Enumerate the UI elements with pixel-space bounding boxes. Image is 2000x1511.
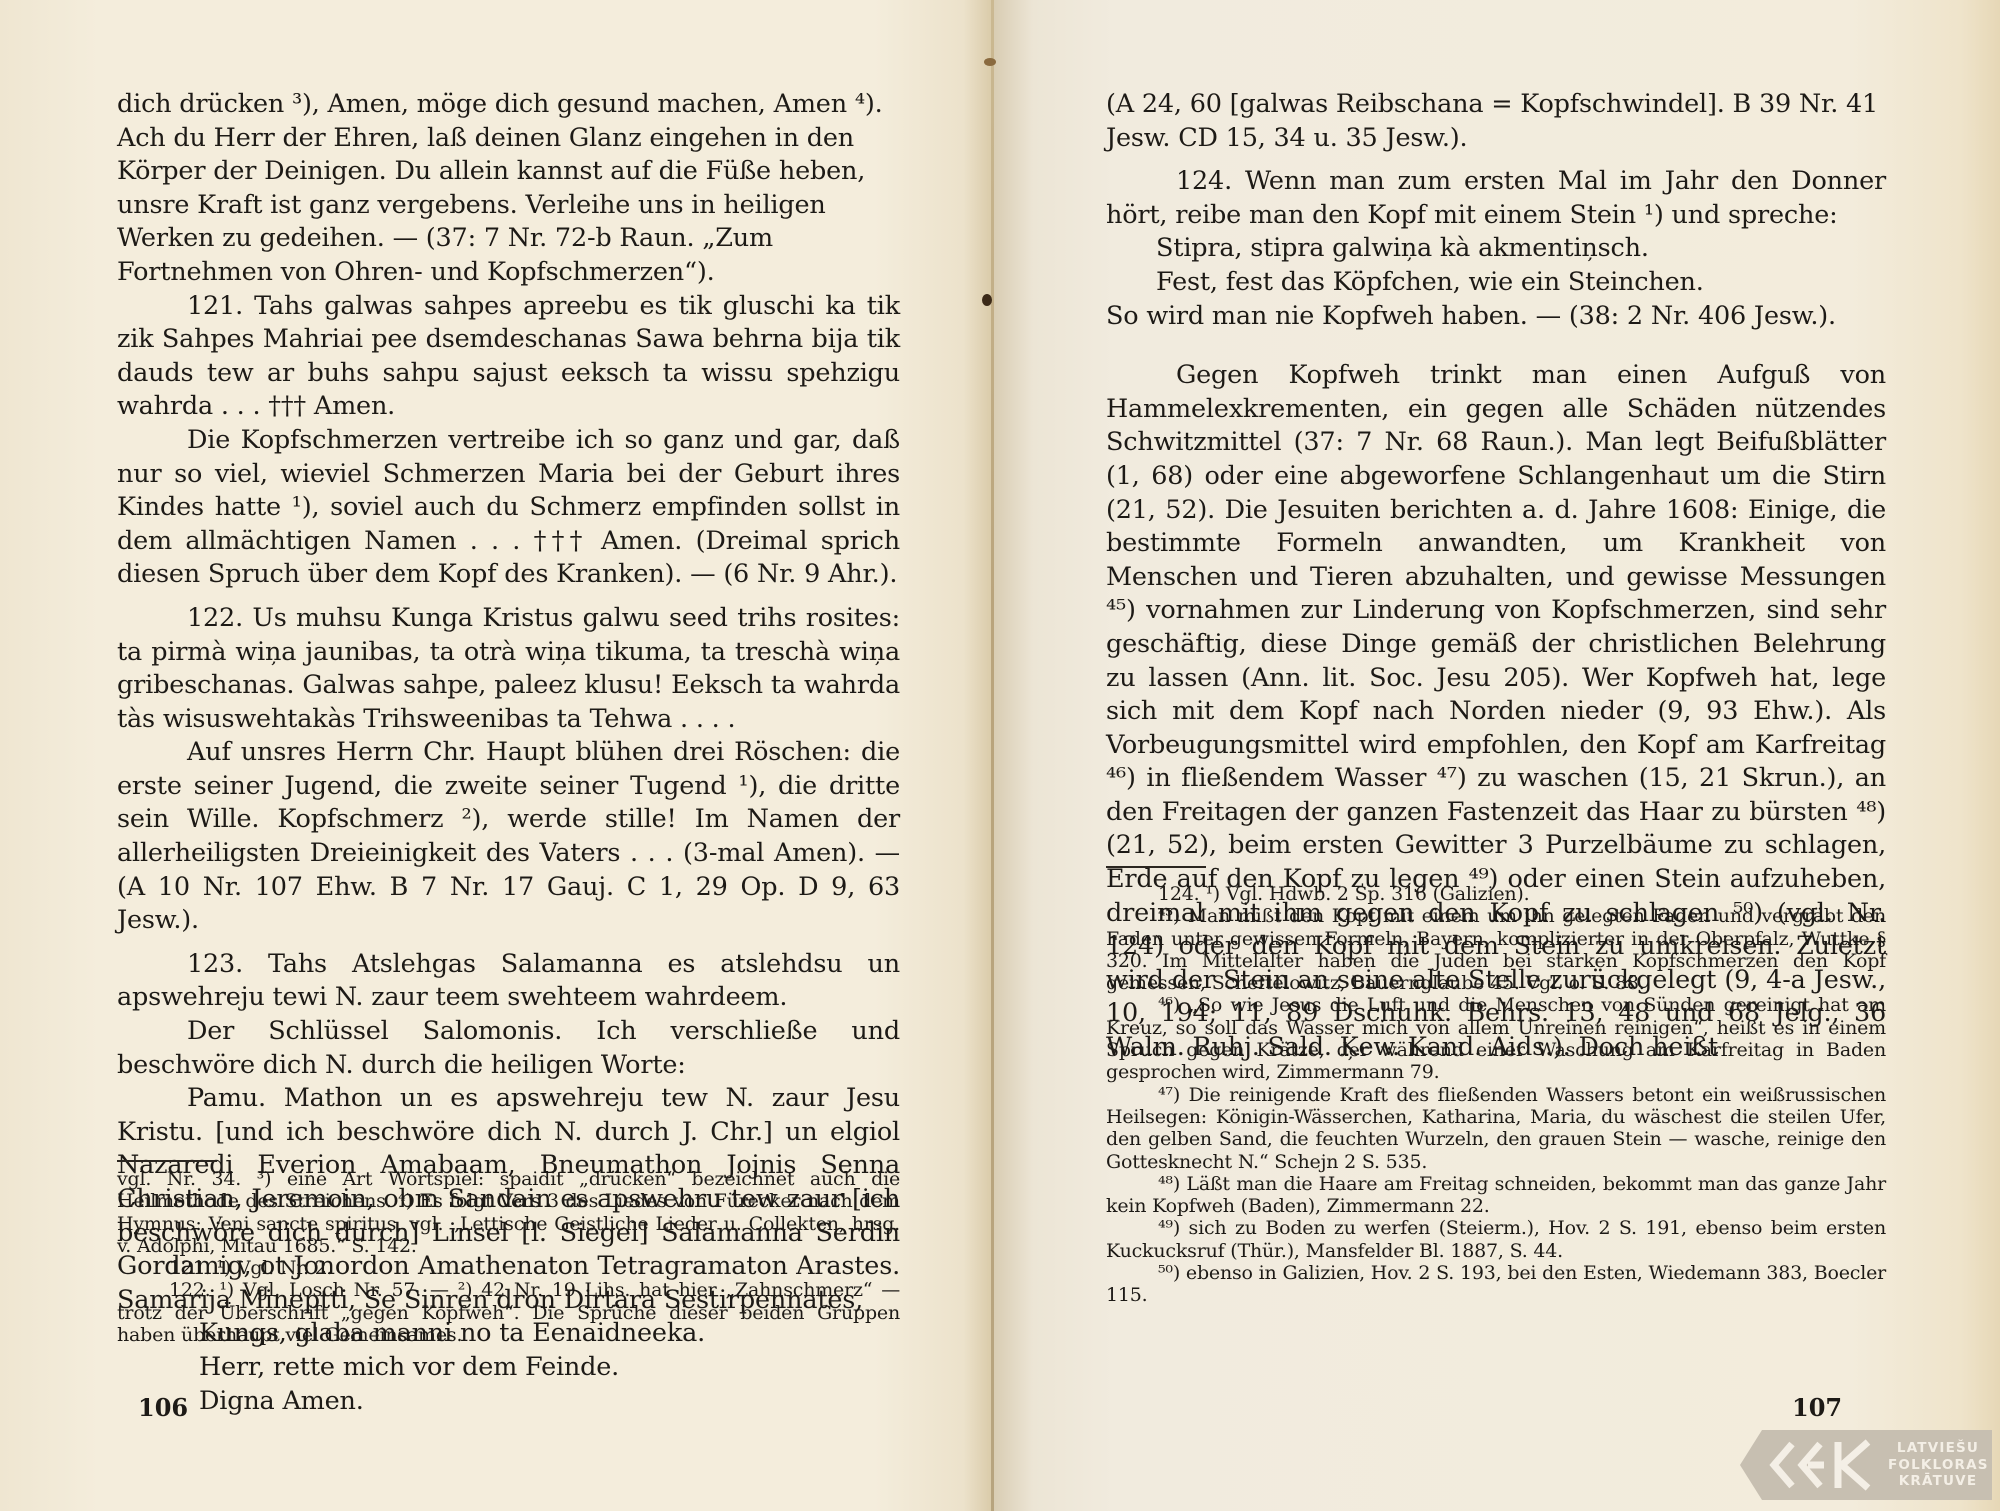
binding-thread [982,294,992,306]
logo-line: FOLKLORAS [1888,1457,1988,1474]
footnote: ⁴⁸) Läßt man die Haare am Freitag schnei… [1106,1173,1886,1218]
logo-line: LATVIEŠU [1888,1440,1988,1457]
paragraph-122-german: Auf unsres Herrn Chr. Haupt blühen drei … [117,736,900,938]
book-gutter [991,0,994,1511]
paragraph: dich drücken ³), Amen, möge dich gesund … [117,88,900,290]
right-page-footnotes: 124. ¹) Vgl. Hdwb. 2 Sp. 316 (Galizien).… [1106,883,1886,1307]
verse-line: Herr, rette mich vor dem Feinde. [117,1351,900,1385]
paragraph: (A 24, 60 [galwas Reibschana = Kopfschwi… [1106,88,1886,155]
verse-line: Fest, fest das Köpfchen, wie ein Steinch… [1106,266,1886,300]
page-number: 107 [1792,1393,1842,1422]
logo-text: LATVIEŠU FOLKLORAS KRĀTUVE [1888,1440,1988,1490]
paragraph-122-latvian: 122. Us muhsu Kunga Kristus galwu seed t… [117,602,900,736]
page-number: 106 [138,1393,188,1422]
left-page-footnotes: vgl. Nr. 34. ³) eine Art Wortspiel: spai… [117,1168,900,1346]
paragraph-123-latvian: 123. Tahs Atslehgas Salamanna es atslehd… [117,948,900,1015]
verse-line: Digna Amen. [117,1385,900,1419]
footnote-divider [117,1160,217,1162]
footnote: 124. ¹) Vgl. Hdwb. 2 Sp. 316 (Galizien). [1106,883,1886,905]
footnote: ⁴⁷) Die reinigende Kraft des fließenden … [1106,1084,1886,1173]
footnote: ⁵⁰) ebenso in Galizien, Hov. 2 S. 193, b… [1106,1262,1886,1307]
footnote: 122. ¹) Vgl. Losch Nr. 57. — ²) 42 Nr. 1… [117,1279,900,1346]
watermark-logo: LATVIEŠU FOLKLORAS KRĀTUVE [1740,1430,1992,1500]
paragraph-121-german: Die Kopfschmerzen vertreibe ich so ganz … [117,424,900,592]
logo-line: KRĀTUVE [1888,1473,1988,1490]
lfk-logo-icon [1768,1438,1878,1492]
paragraph-123-german: Der Schlüssel Salomonis. Ich verschließe… [117,1015,900,1082]
footnote: vgl. Nr. 34. ³) eine Art Wortspiel: spai… [117,1168,900,1257]
footnote: 121. ¹) Vgl. Nr. 2. [117,1257,900,1279]
verse-line: Stipra, stipra galwiņa kà akmentiņsch. [1106,232,1886,266]
paragraph-124-end: So wird man nie Kopfweh haben. — (38: 2 … [1106,300,1886,334]
paragraph-121-latvian: 121. Tahs galwas sahpes apreebu es tik g… [117,290,900,424]
left-page: dich drücken ³), Amen, möge dich gesund … [0,0,993,1511]
footnote-divider [1106,866,1206,868]
footnote: ⁴⁹) sich zu Boden zu werfen (Steierm.), … [1106,1217,1886,1262]
binding-thread [984,58,996,66]
footnote: ⁴⁵) Man mißt den Kopf mit einem um ihn g… [1106,905,1886,994]
paragraph-124-intro: 124. Wenn man zum ersten Mal im Jahr den… [1106,165,1886,232]
footnote: ⁴⁶) „So wie Jesus die Luft und die Mensc… [1106,994,1886,1083]
